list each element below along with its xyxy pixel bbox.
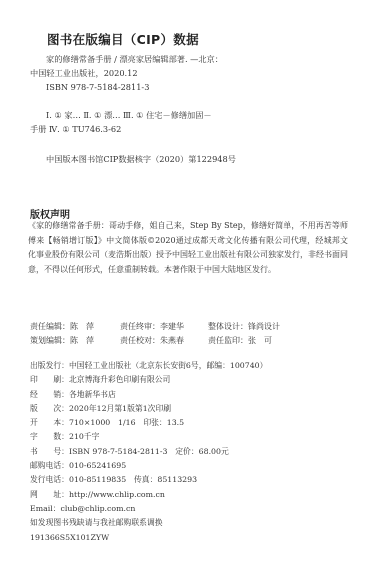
cip-publisher-line: 中国轻工业出版社，2020.12 <box>30 66 330 80</box>
printer-line: 印 刷：北京博海升彩色印刷有限公司 <box>30 373 267 387</box>
cip-heading: 图书在版编目（CIP）数据 <box>47 30 199 48</box>
website-line: 网 址：http://www.chlip.com.cn <box>30 488 267 502</box>
publication-info: 出版发行：中国轻工业出版社（北京东长安街6号，邮编：100740） 印 刷：北京… <box>30 359 267 545</box>
cip-title-line: 家的修缮常备手册 / 漂亮家居编辑部著. —北京： <box>30 52 330 66</box>
credit-proofreader: 责任校对：朱燕春 <box>120 334 208 348</box>
defect-notice-line: 如发现图书残缺请与我社邮购联系调换 <box>30 516 267 530</box>
cip-record: 家的修缮常备手册 / 漂亮家居编辑部著. —北京： 中国轻工业出版社，2020.… <box>30 52 330 95</box>
cip-class-line-2: 手册 Ⅳ. ① TU746.3-62 <box>30 122 330 136</box>
credit-row: 策划编辑：陈 萍 责任校对：朱燕春 责任监印：张 可 <box>30 334 298 348</box>
credit-planning-editor: 策划编辑：陈 萍 <box>30 334 120 348</box>
copyright-statement: 《家的修缮常备手册：哥动手修，姐自己来，Step By Step，修缮好简单，不… <box>28 219 348 277</box>
credit-design: 整体设计：锋尚设计 <box>208 320 298 334</box>
publisher-line: 出版发行：中国轻工业出版社（北京东长安街6号，邮编：100740） <box>30 359 267 373</box>
copyright-page: 图书在版编目（CIP）数据 家的修缮常备手册 / 漂亮家居编辑部著. —北京： … <box>0 0 375 573</box>
cip-class-line-1: Ⅰ. ① 家… Ⅱ. ① 漂… Ⅲ. ① 住宅－修缮加固－ <box>30 108 330 122</box>
credit-row: 责任编辑：陈 萍 责任终审：李建华 整体设计：锋尚设计 <box>30 320 298 334</box>
print-code-line: 191366S5X101ZYW <box>30 531 267 545</box>
edition-line: 版 次：2020年12月第1版第1次印刷 <box>30 402 267 416</box>
format-line: 开 本：710×1000 1/16 印张：13.5 <box>30 416 267 430</box>
distribution-phone-line: 发行电话：010-85119835 传真：85113293 <box>30 473 267 487</box>
email-line: Email：club@chlip.com.cn <box>30 502 267 516</box>
credit-final-review: 责任终审：李建华 <box>120 320 208 334</box>
cip-number: 中国版本图书馆CIP数据核字（2020）第122948号 <box>46 154 236 165</box>
word-count-line: 字 数：210千字 <box>30 430 267 444</box>
cip-classification: Ⅰ. ① 家… Ⅱ. ① 漂… Ⅲ. ① 住宅－修缮加固－ 手册 Ⅳ. ① TU… <box>30 108 330 137</box>
credit-print-supervisor: 责任监印：张 可 <box>208 334 298 348</box>
mail-order-phone-line: 邮购电话：010-65241695 <box>30 459 267 473</box>
cip-isbn-line: ISBN 978-7-5184-2811-3 <box>30 80 330 94</box>
credit-responsible-editor: 责任编辑：陈 萍 <box>30 320 120 334</box>
editorial-credits: 责任编辑：陈 萍 责任终审：李建华 整体设计：锋尚设计 策划编辑：陈 萍 责任校… <box>30 320 298 348</box>
isbn-price-line: 书 号：ISBN 978-7-5184-2811-3 定价：68.00元 <box>30 445 267 459</box>
distributor-line: 经 销：各地新华书店 <box>30 388 267 402</box>
